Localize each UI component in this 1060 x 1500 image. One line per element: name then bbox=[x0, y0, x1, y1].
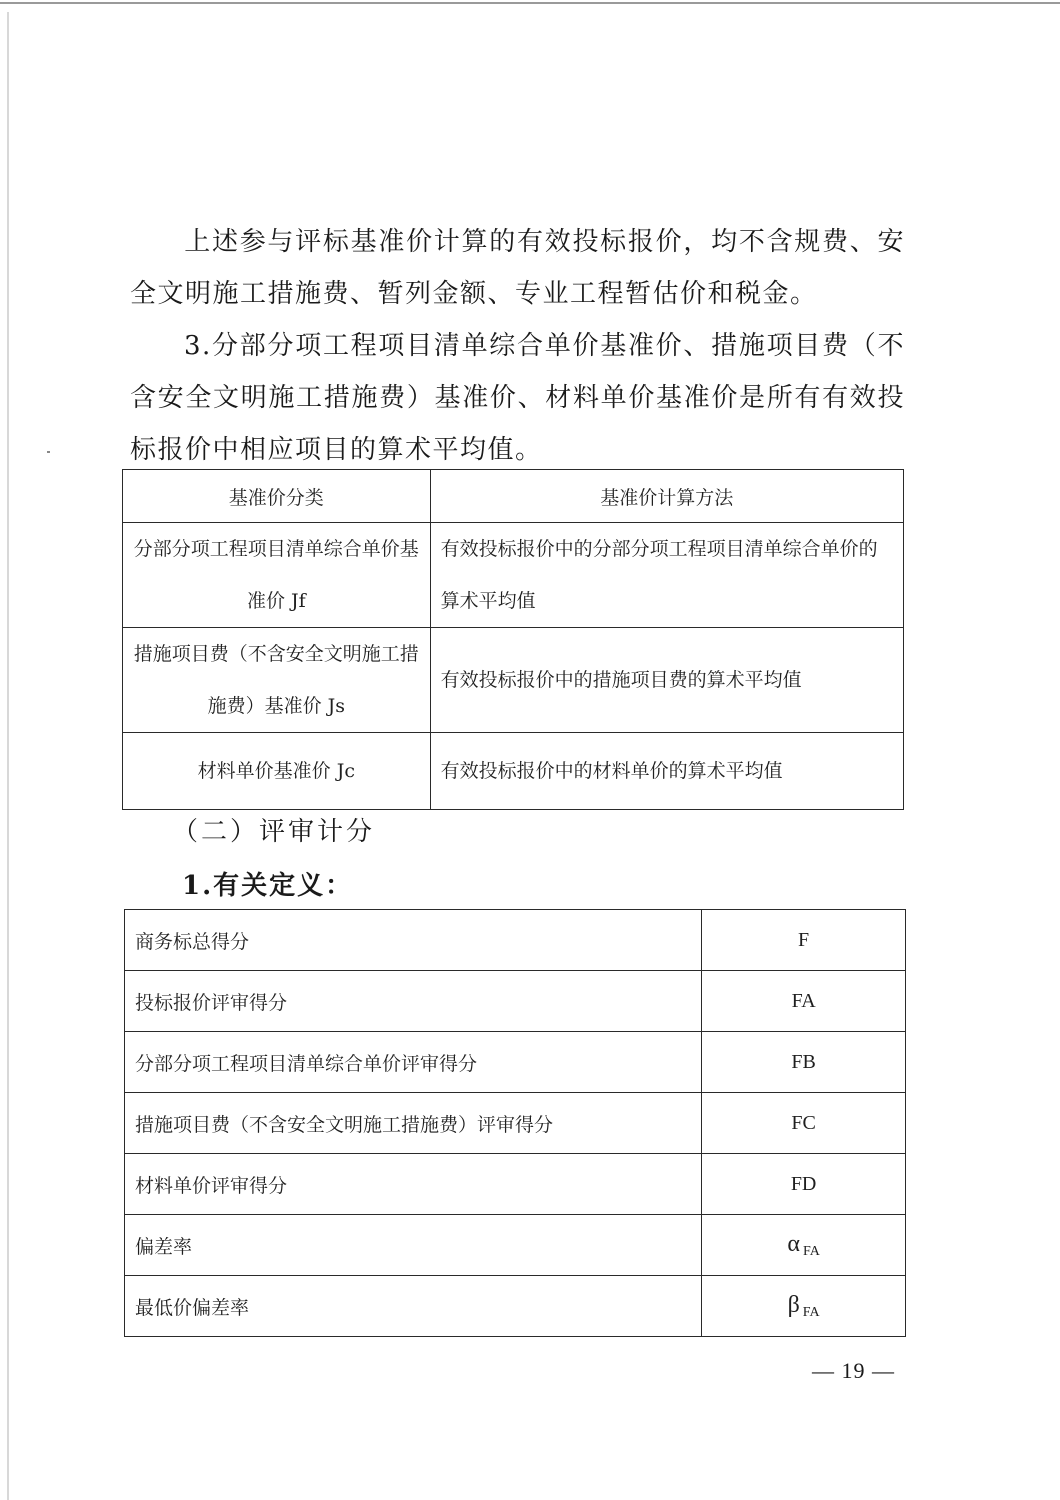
paragraph-text: 上述参与评标基准价计算的有效投标报价，均不含规费、安全文明施工措施费、暂列金额、… bbox=[130, 227, 905, 309]
cell-symbol: FB bbox=[702, 1032, 906, 1093]
cell-term: 最低价偏差率 bbox=[125, 1276, 702, 1337]
paragraph-benchmark-definition: 3.分部分项工程项目清单综合单价基准价、措施项目费（不含安全文明施工措施费）基准… bbox=[130, 320, 905, 476]
table-row: 措施项目费（不含安全文明施工措施费）评审得分 FC bbox=[125, 1093, 906, 1154]
paragraph-excluded-costs: 上述参与评标基准价计算的有效投标报价，均不含规费、安全文明施工措施费、暂列金额、… bbox=[130, 216, 905, 320]
table-row: 材料单价评审得分 FD bbox=[125, 1154, 906, 1215]
scan-left-border bbox=[7, 12, 9, 1500]
cell-symbol: αFA bbox=[702, 1215, 906, 1276]
header-category: 基准价分类 bbox=[123, 470, 431, 523]
cell-category: 措施项目费（不含安全文明施工措施费）基准价 Js bbox=[123, 628, 431, 733]
cell-symbol: FC bbox=[702, 1093, 906, 1154]
cell-term: 偏差率 bbox=[125, 1215, 702, 1276]
symbol-subscript: FA bbox=[803, 1305, 820, 1320]
greek-symbol: α bbox=[787, 1231, 800, 1257]
cell-term: 投标报价评审得分 bbox=[125, 971, 702, 1032]
cell-symbol: FD bbox=[702, 1154, 906, 1215]
table-row: 措施项目费（不含安全文明施工措施费）基准价 Js 有效投标报价中的措施项目费的算… bbox=[123, 628, 904, 733]
cell-category: 分部分项工程项目清单综合单价基准价 Jf bbox=[123, 523, 431, 628]
benchmark-price-table: 基准价分类 基准价计算方法 分部分项工程项目清单综合单价基准价 Jf 有效投标报… bbox=[122, 469, 904, 810]
section-heading: （二）评审计分 bbox=[172, 808, 375, 856]
scan-top-border bbox=[0, 2, 1060, 4]
table-row: 偏差率 αFA bbox=[125, 1215, 906, 1276]
sub-heading: 1.有关定义： bbox=[182, 862, 353, 910]
cell-term: 措施项目费（不含安全文明施工措施费）评审得分 bbox=[125, 1093, 702, 1154]
greek-symbol: β bbox=[788, 1292, 800, 1318]
cell-term: 材料单价评审得分 bbox=[125, 1154, 702, 1215]
cell-term: 分部分项工程项目清单综合单价评审得分 bbox=[125, 1032, 702, 1093]
cell-method: 有效投标报价中的措施项目费的算术平均值 bbox=[430, 628, 903, 733]
symbol-subscript: FA bbox=[803, 1244, 820, 1259]
cell-term: 商务标总得分 bbox=[125, 910, 702, 971]
cell-category: 材料单价基准价 Jc bbox=[123, 733, 431, 810]
table-header-row: 基准价分类 基准价计算方法 bbox=[123, 470, 904, 523]
table-row: 最低价偏差率 βFA bbox=[125, 1276, 906, 1337]
scan-speck bbox=[47, 451, 50, 453]
table-row: 商务标总得分 F bbox=[125, 910, 906, 971]
header-method: 基准价计算方法 bbox=[430, 470, 903, 523]
cell-symbol: FA bbox=[702, 971, 906, 1032]
cell-method: 有效投标报价中的分部分项工程项目清单综合单价的算术平均值 bbox=[430, 523, 903, 628]
table-row: 材料单价基准价 Jc 有效投标报价中的材料单价的算术平均值 bbox=[123, 733, 904, 810]
page-number: — 19 — bbox=[812, 1358, 895, 1384]
cell-symbol: F bbox=[702, 910, 906, 971]
cell-method: 有效投标报价中的材料单价的算术平均值 bbox=[430, 733, 903, 810]
table-row: 分部分项工程项目清单综合单价评审得分 FB bbox=[125, 1032, 906, 1093]
table-row: 分部分项工程项目清单综合单价基准价 Jf 有效投标报价中的分部分项工程项目清单综… bbox=[123, 523, 904, 628]
table-row: 投标报价评审得分 FA bbox=[125, 971, 906, 1032]
paragraph-text: 3.分部分项工程项目清单综合单价基准价、措施项目费（不含安全文明施工措施费）基准… bbox=[130, 331, 905, 465]
definitions-table: 商务标总得分 F 投标报价评审得分 FA 分部分项工程项目清单综合单价评审得分 … bbox=[124, 909, 906, 1337]
cell-symbol: βFA bbox=[702, 1276, 906, 1337]
